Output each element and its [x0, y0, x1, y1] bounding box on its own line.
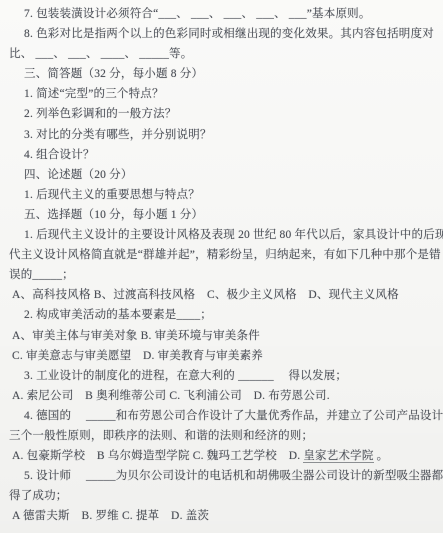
text-line: 5. 设计师 _____为贝尔公司设计的电话机和胡佛吸尘器公司设计的新型吸尘器都…: [0, 466, 443, 486]
text-line: 2. 列举色彩调和的一般方法？: [0, 104, 443, 124]
text-line: 3. 对比的分类有哪些，并分别说明？: [0, 125, 443, 145]
text-line: 误的_____；: [0, 265, 443, 285]
text-line: 得了成功；: [0, 486, 443, 506]
text-line: 8. 色彩对比是指两个以上的色彩同时或相继出现的变化效果。其内容包括明度对: [0, 24, 443, 44]
text-line: 1. 后现代主义的重要思想与特点？: [0, 185, 443, 205]
exam-body: 7. 包装装潢设计必须符合“___、 ___、 ___、 ___、 ___”基本…: [0, 0, 443, 526]
text-line: 比、 ___、 ___、 ____、 _____等。: [0, 44, 443, 64]
text-line: C. 审美意志与审美愿望 D. 审美教育与审美素养: [0, 346, 443, 366]
text-line: 三个一般性原则，即秩序的法则、和谐的法则和经济的则；: [0, 426, 443, 446]
text-segment: 。: [374, 450, 389, 462]
text-line: 代主义设计风格简直就是“群雄并起”，精彩纷呈，归纳起来，有如下几种中那个是错: [0, 245, 443, 265]
text-line: 7. 包装装潢设计必须符合“___、 ___、 ___、 ___、 ___”基本…: [0, 4, 443, 24]
text-line: 4. 德国的 _____和布劳恩公司合作设计了大量优秀作品，并建立了公司产品设计…: [0, 406, 443, 426]
text-line: A. 包豪斯学校 B 乌尔姆造型学院 C. 魏玛工艺学校 D. 皇家艺术学院 。: [0, 446, 443, 466]
text-line: 三、简答题（32 分，每小题 8 分）: [0, 64, 443, 84]
underlined-answer: 皇家艺术学院: [303, 450, 373, 463]
text-segment: A. 包豪斯学校 B 乌尔姆造型学院 C. 魏玛工艺学校 D.: [12, 450, 303, 462]
text-line: A 德雷夫斯 B. 罗维 C. 提革 D. 盖茨: [0, 506, 443, 526]
text-line: 4. 组合设计？: [0, 145, 443, 165]
text-line: 2. 构成审美活动的基本要素是____；: [0, 305, 443, 325]
scanned-exam-page: 7. 包装装潢设计必须符合“___、 ___、 ___、 ___、 ___”基本…: [0, 0, 443, 533]
text-line: 1. 简述“完型”的三个特点？: [0, 84, 443, 104]
text-line: A. 索尼公司 B 奥利维蒂公司 C. 飞利浦公司 D. 布劳恩公司.: [0, 386, 443, 406]
text-line: A、审美主体与审美对象 B. 审美环境与审美条件: [0, 326, 443, 346]
text-line: 3. 工业设计的制度化的进程，在意大利的 ______ 得以发展；: [0, 366, 443, 386]
text-line: A、高科技风格 B、过渡高科技风格 C、极少主义风格 D、现代主义风格: [0, 285, 443, 305]
text-line: 1. 后现代主义设计的主要设计风格及表现 20 世纪 80 年代以后，家具设计中…: [0, 225, 443, 245]
text-line: 四、论述题（20 分）: [0, 165, 443, 185]
text-line: 五、选择题（10 分，每小题 1 分）: [0, 205, 443, 225]
